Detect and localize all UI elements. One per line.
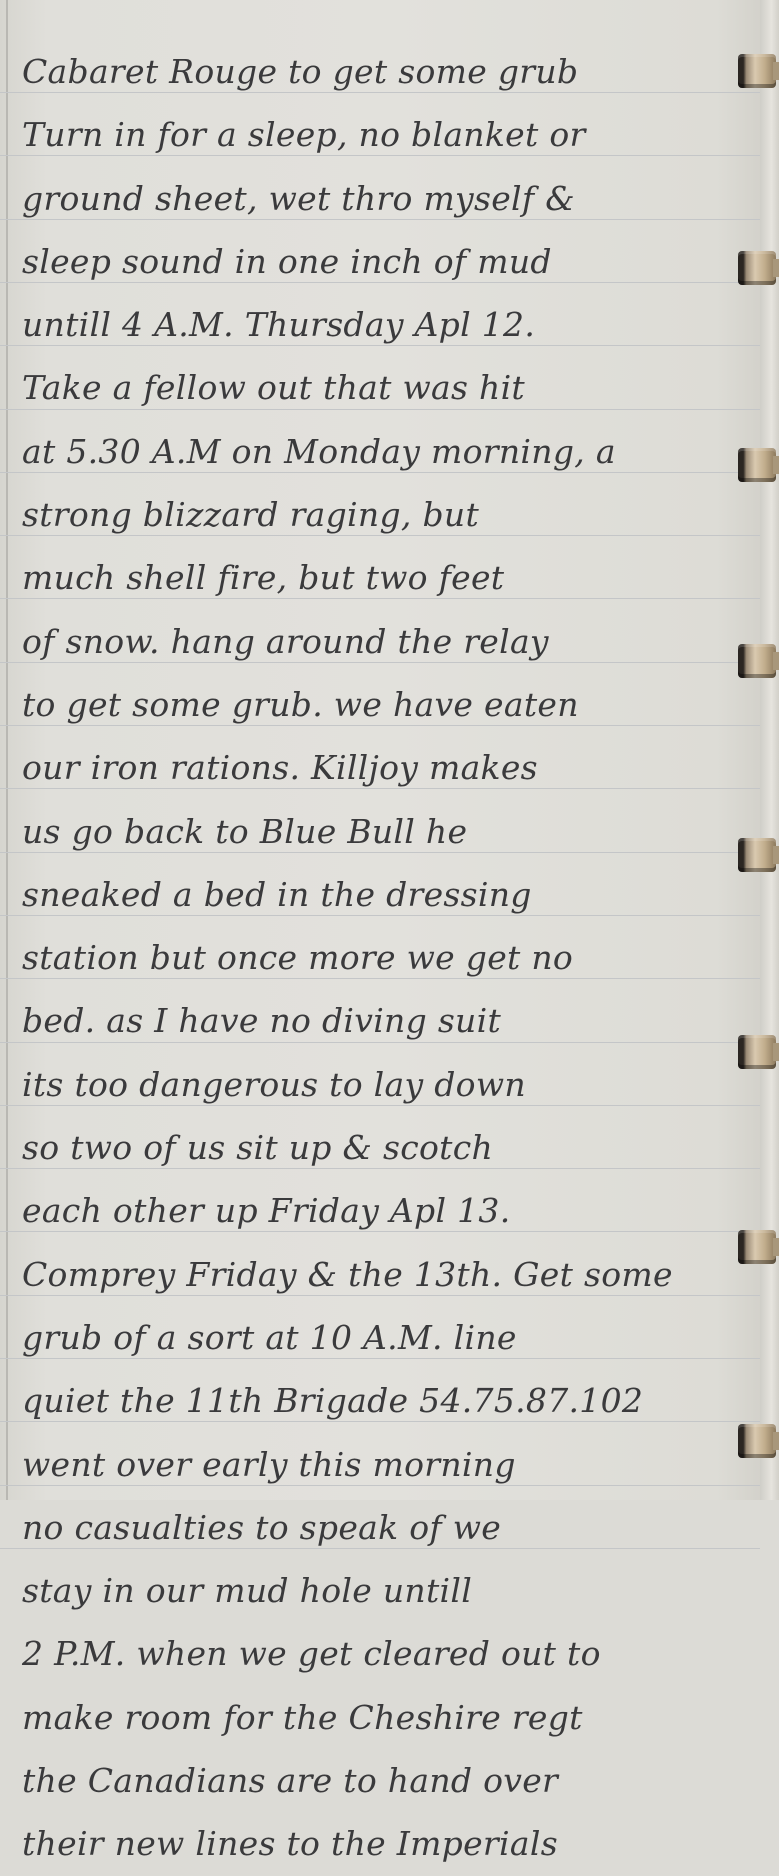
text-line: so two of us sit up & scotch (22, 1116, 752, 1179)
text-line: to get some grub. we have eaten (22, 673, 752, 736)
text-line: Comprey Friday & the 13th. Get some (22, 1243, 752, 1306)
text-line: station but once more we get no (22, 926, 752, 989)
text-line: sleep sound in one inch of mud (22, 230, 752, 293)
text-line: at 5.30 A.M on Monday morning, a (22, 420, 752, 483)
text-line: Take a fellow out that was hit (22, 356, 752, 419)
text-line: no casualties to speak of we (22, 1496, 752, 1500)
text-line: went over early this morning (22, 1433, 752, 1496)
binding-ring (738, 1035, 776, 1069)
text-line: much shell fire, but two feet (22, 546, 752, 609)
binding-ring (738, 54, 776, 88)
page-edge (760, 0, 779, 1500)
binding-ring (738, 251, 776, 285)
text-line: us go back to Blue Bull he (22, 800, 752, 863)
text-line: untill 4 A.M. Thursday Apl 12. (22, 293, 752, 356)
binding-ring (738, 644, 776, 678)
binding-ring (738, 1424, 776, 1458)
text-line: of snow. hang around the relay (22, 610, 752, 673)
text-line: strong blizzard raging, but (22, 483, 752, 546)
text-line: quiet the 11th Brigade 54.75.87.102 (22, 1369, 752, 1432)
text-line: bed. as I have no diving suit (22, 989, 752, 1052)
margin-line (6, 0, 8, 1500)
handwritten-text: Cabaret Rouge to get some grub Turn in f… (22, 40, 752, 1500)
text-line: ground sheet, wet thro myself & (22, 167, 752, 230)
binding-ring (738, 448, 776, 482)
text-line: sneaked a bed in the dressing (22, 863, 752, 926)
diary-page: Cabaret Rouge to get some grub Turn in f… (0, 0, 779, 1500)
text-line: each other up Friday Apl 13. (22, 1179, 752, 1242)
text-line: our iron rations. Killjoy makes (22, 736, 752, 799)
text-line: Turn in for a sleep, no blanket or (22, 103, 752, 166)
text-line: its too dangerous to lay down (22, 1053, 752, 1116)
binding-ring (738, 838, 776, 872)
binding-ring (738, 1230, 776, 1264)
text-line: Cabaret Rouge to get some grub (22, 40, 752, 103)
text-line: grub of a sort at 10 A.M. line (22, 1306, 752, 1369)
